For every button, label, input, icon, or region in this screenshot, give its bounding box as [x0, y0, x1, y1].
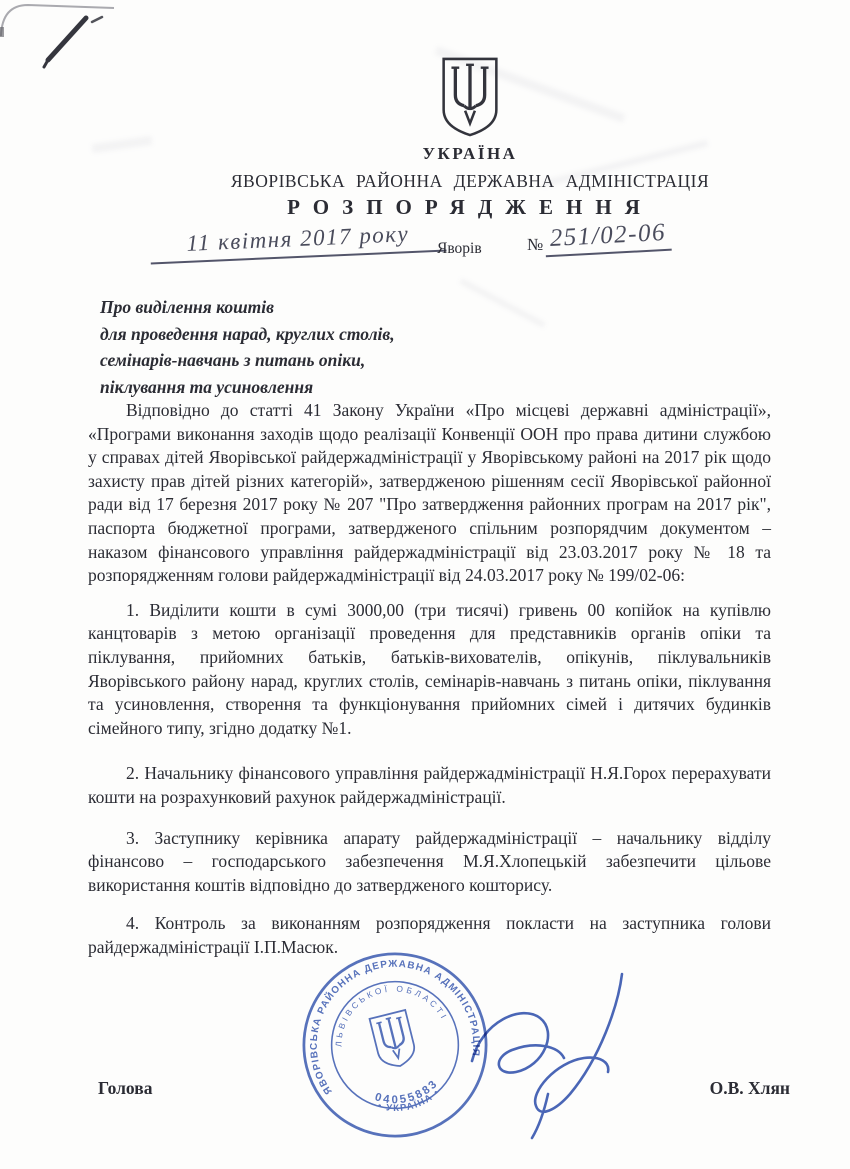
order-item-3: 3. Заступнику керівника апарату райдержа…: [88, 827, 771, 898]
scan-corner-artifact: [0, 0, 130, 44]
coat-of-arms-trident-icon: [438, 56, 502, 138]
document-type-title: РОЗПОРЯДЖЕННЯ: [90, 195, 850, 220]
order-item-1: 1. Виділити кошти в сумі 3000,00 (три ти…: [88, 599, 771, 741]
subject-line: Про виділення коштів: [100, 294, 395, 321]
position-title: Голова: [98, 1078, 152, 1099]
handwritten-number: 251/02-06: [544, 219, 672, 258]
bleedthrough-smudge: [459, 278, 546, 328]
signature-stroke: [452, 966, 652, 1144]
body-text: Відповідно до статті 41 Закону України «…: [88, 399, 771, 959]
dateline: 11 квітня 2017 року Яворів № 251/02-06: [0, 222, 850, 278]
signer-name: О.В. Хлян: [710, 1078, 790, 1099]
subject-line: піклування та усиновлення: [100, 374, 395, 401]
document-header: УКРАЇНА ЯВОРІВСЬКА РАЙОННА ДЕРЖАВНА АДМІ…: [90, 56, 850, 220]
organization-name: ЯВОРІВСЬКА РАЙОННА ДЕРЖАВНА АДМІНІСТРАЦІ…: [90, 171, 850, 192]
preamble-paragraph: Відповідно до статті 41 Закону України «…: [88, 399, 771, 588]
order-item-2: 2. Начальнику фінансового управління рай…: [88, 762, 771, 809]
number-sign: №: [527, 235, 543, 255]
subject-line: семінарів-навчань з питань опіки,: [100, 347, 395, 374]
scanned-document-page: УКРАЇНА ЯВОРІВСЬКА РАЙОННА ДЕРЖАВНА АДМІ…: [0, 0, 850, 1169]
signature-block: Голова О.В. Хлян: [98, 1078, 790, 1099]
subject-block: Про виділення коштів для проведення нара…: [100, 294, 395, 400]
place-name: Яворів: [437, 240, 482, 258]
stamp-trident-icon: [370, 1010, 419, 1070]
subject-line: для проведення нарад, круглих столів,: [100, 321, 395, 348]
country-name: УКРАЇНА: [90, 144, 850, 164]
handwritten-date: 11 квітня 2017 року: [149, 220, 446, 265]
